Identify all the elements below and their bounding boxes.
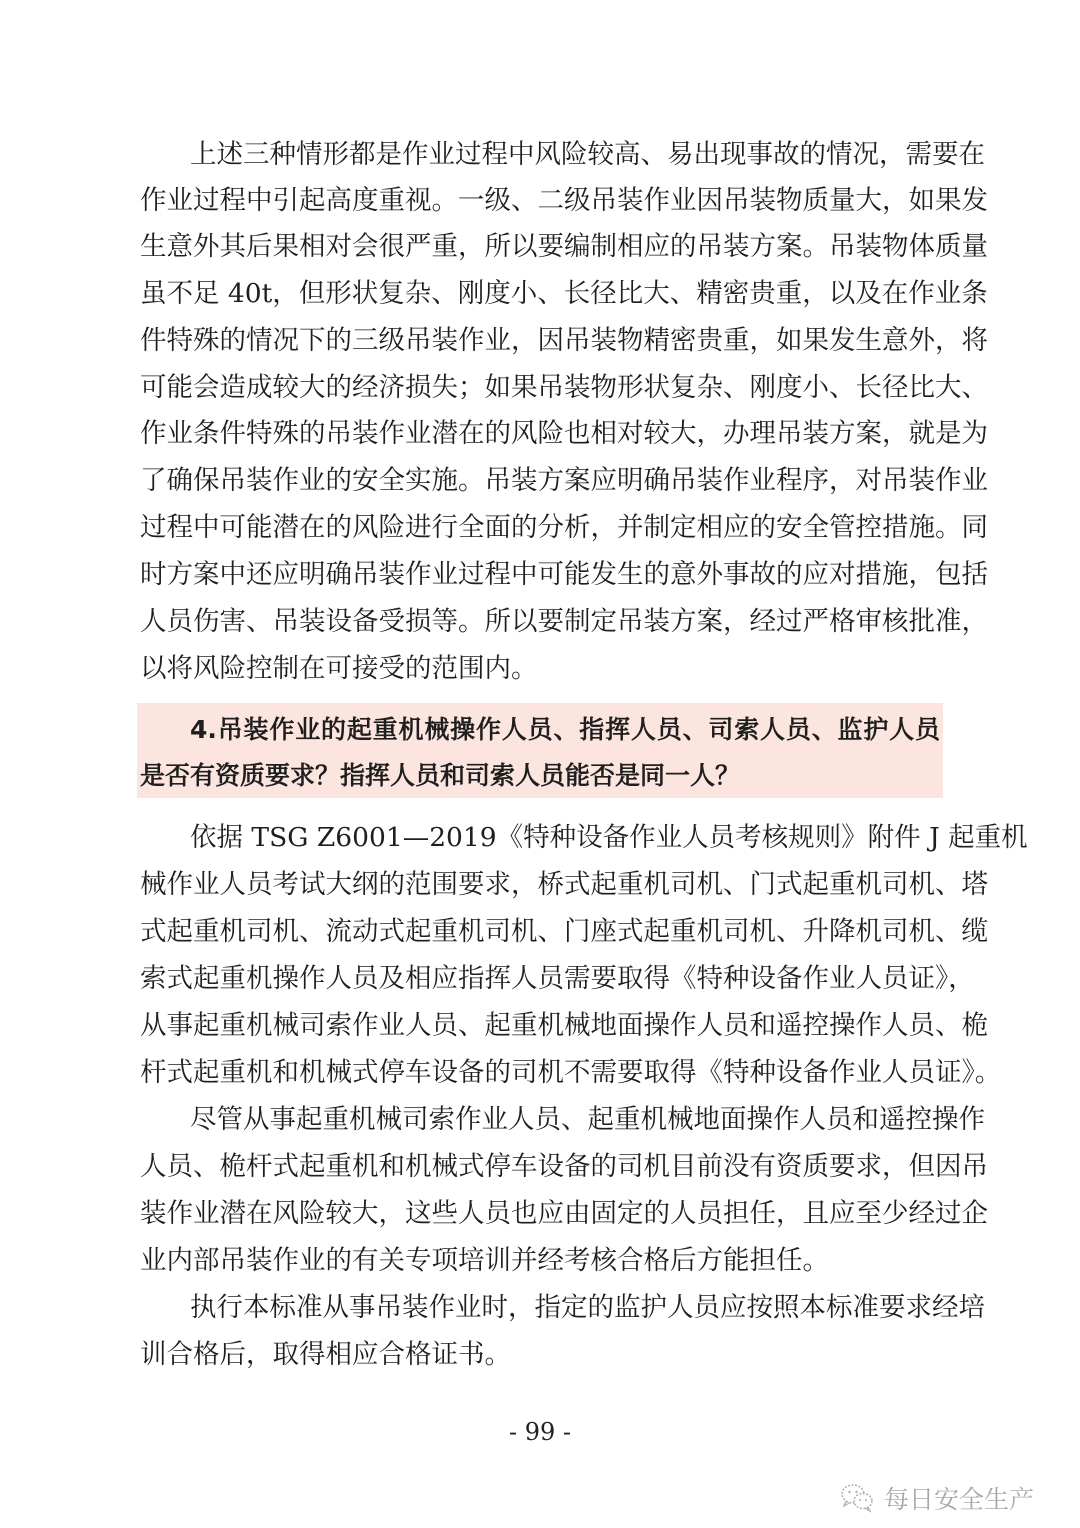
text-line: 从事起重机械司索作业人员、起重机械地面操作人员和遥控操作人员、桅 [140, 1003, 940, 1049]
watermark-text: 每日安全生产 [884, 1480, 1034, 1516]
document-page: 上述三种情形都是作业过程中风险较高、易出现事故的情况，需要在 作业过程中引起高度… [0, 0, 1080, 1528]
text-line: 了确保吊装作业的安全实施。吊装方案应明确吊装作业程序，对吊装作业 [140, 458, 940, 504]
text-line: 件特殊的情况下的三级吊装作业，因吊装物精密贵重，如果发生意外，将 [140, 318, 940, 364]
text-line: 时方案中还应明确吊装作业过程中可能发生的意外事故的应对措施，包括 [140, 552, 940, 598]
heading-line: 4.吊装作业的起重机械操作人员、指挥人员、司索人员、监护人员 [190, 707, 940, 753]
text-line: 虽不足 40t，但形状复杂、刚度小、长径比大、精密贵重，以及在作业条 [140, 271, 940, 317]
watermark: 每日安全生产 [840, 1478, 1034, 1518]
text-line: 人员、桅杆式起重机和机械式停车设备的司机目前没有资质要求，但因吊 [140, 1144, 940, 1190]
text-line: 作业条件特殊的吊装作业潜在的风险也相对较大，办理吊装方案，就是为 [140, 411, 940, 457]
text-line: 式起重机司机、流动式起重机司机、门座式起重机司机、升降机司机、缆 [140, 909, 940, 955]
text-line: 依据 TSG Z6001—2019《特种设备作业人员考核规则》附件 J 起重机 [190, 815, 940, 861]
text-line: 可能会造成较大的经济损失；如果吊装物形状复杂、刚度小、长径比大、 [140, 365, 940, 411]
text-line: 索式起重机操作人员及相应指挥人员需要取得《特种设备作业人员证》， [140, 956, 940, 1002]
text-line: 执行本标准从事吊装作业时，指定的监护人员应按照本标准要求经培 [190, 1285, 940, 1331]
text-line: 尽管从事起重机械司索作业人员、起重机械地面操作人员和遥控操作 [190, 1097, 940, 1143]
text-line: 过程中可能潜在的风险进行全面的分析，并制定相应的安全管控措施。同 [140, 505, 940, 551]
page-number: - 99 - [480, 1418, 600, 1446]
text-line: 上述三种情形都是作业过程中风险较高、易出现事故的情况，需要在 [190, 132, 940, 178]
text-line: 业内部吊装作业的有关专项培训并经考核合格后方能担任。 [140, 1238, 940, 1284]
text-line: 械作业人员考试大纲的范围要求，桥式起重机司机、门式起重机司机、塔 [140, 862, 940, 908]
wechat-icon [840, 1482, 876, 1514]
text-line: 生意外其后果相对会很严重，所以要编制相应的吊装方案。吊装物体质量 [140, 224, 940, 270]
text-line: 装作业潜在风险较大，这些人员也应由固定的人员担任，且应至少经过企 [140, 1191, 940, 1237]
text-line: 训合格后，取得相应合格证书。 [140, 1332, 940, 1378]
text-line: 以将风险控制在可接受的范围内。 [140, 646, 940, 692]
text-line: 杆式起重机和机械式停车设备的司机不需要取得《特种设备作业人员证》。 [140, 1050, 940, 1096]
heading-line: 是否有资质要求？指挥人员和司索人员能否是同一人？ [140, 753, 940, 799]
text-line: 人员伤害、吊装设备受损等。所以要制定吊装方案，经过严格审核批准， [140, 599, 940, 645]
text-line: 作业过程中引起高度重视。一级、二级吊装作业因吊装物质量大，如果发 [140, 178, 940, 224]
